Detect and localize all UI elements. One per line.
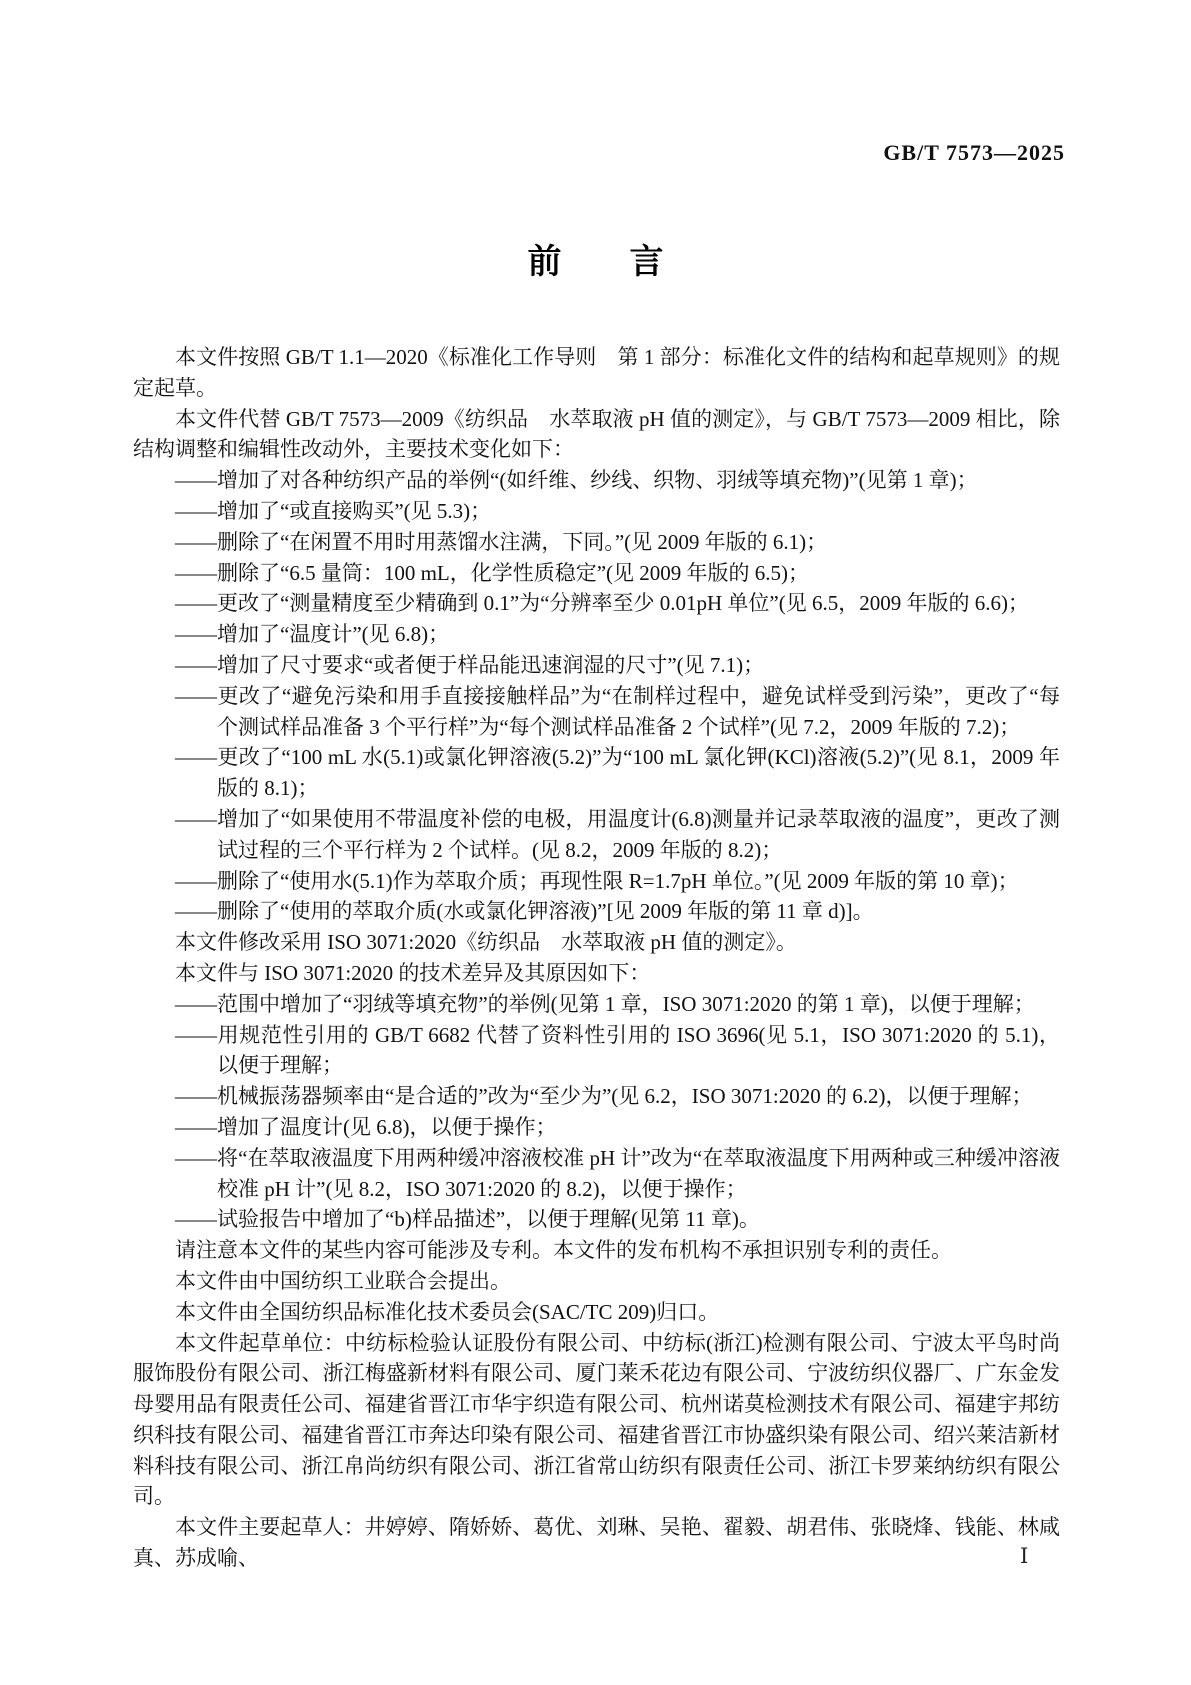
foreword-paragraph: 本文件主要起草人：井婷婷、隋娇娇、葛优、刘琳、吴艳、翟毅、胡君伟、张晓烽、钱能、… [133, 1512, 1060, 1574]
foreword-difference-item: ——机械振荡器频率由“是合适的”改为“至少为”(见 6.2，ISO 3071:2… [133, 1081, 1060, 1112]
foreword-change-item: ——增加了“如果使用不带温度补偿的电极，用温度计(6.8)测量并记录萃取液的温度… [133, 804, 1060, 866]
foreword-change-item: ——删除了“6.5 量筒：100 mL，化学性质稳定”(见 2009 年版的 6… [133, 558, 1060, 589]
foreword-body: 本文件按照 GB/T 1.1—2020《标准化工作导则 第 1 部分：标准化文件… [133, 342, 1060, 1574]
foreword-change-item: ——更改了“避免污染和用手直接接触样品”为“在制样过程中，避免试样受到污染”，更… [133, 681, 1060, 743]
foreword-difference-item: ——试验报告中增加了“b)样品描述”，以便于理解(见第 11 章)。 [133, 1204, 1060, 1235]
foreword-change-item: ——更改了“100 mL 水(5.1)或氯化钾溶液(5.2)”为“100 mL … [133, 742, 1060, 804]
foreword-difference-item: ——用规范性引用的 GB/T 6682 代替了资料性引用的 ISO 3696(见… [133, 1020, 1060, 1082]
standard-number: GB/T 7573—2025 [883, 140, 1065, 166]
foreword-change-item: ——删除了“使用的萃取介质(水或氯化钾溶液)”[见 2009 年版的第 11 章… [133, 896, 1060, 927]
foreword-paragraph: 本文件与 ISO 3071:2020 的技术差异及其原因如下： [133, 958, 1060, 989]
page-title: 前 言 [0, 234, 1191, 283]
foreword-difference-item: ——增加了温度计(见 6.8)，以便于操作； [133, 1112, 1060, 1143]
page-number: Ⅰ [1020, 1544, 1028, 1569]
foreword-change-item: ——删除了“使用水(5.1)作为萃取介质；再现性限 R=1.7pH 单位。”(见… [133, 866, 1060, 897]
foreword-paragraph: 请注意本文件的某些内容可能涉及专利。本文件的发布机构不承担识别专利的责任。 [133, 1235, 1060, 1266]
foreword-paragraph: 本文件修改采用 ISO 3071:2020《纺织品 水萃取液 pH 值的测定》。 [133, 927, 1060, 958]
document-page: GB/T 7573—2025 前 言 本文件按照 GB/T 1.1—2020《标… [0, 0, 1191, 1685]
foreword-change-item: ——增加了对各种纺织产品的举例“(如纤维、纱线、织物、羽绒等填充物)”(见第 1… [133, 465, 1060, 496]
foreword-change-item: ——增加了“或直接购买”(见 5.3)； [133, 496, 1060, 527]
foreword-paragraph: 本文件由中国纺织工业联合会提出。 [133, 1266, 1060, 1297]
foreword-change-item: ——增加了“温度计”(见 6.8)； [133, 619, 1060, 650]
foreword-change-item: ——删除了“在闲置不用时用蒸馏水注满，下同。”(见 2009 年版的 6.1)； [133, 527, 1060, 558]
foreword-paragraph: 本文件按照 GB/T 1.1—2020《标准化工作导则 第 1 部分：标准化文件… [133, 342, 1060, 404]
foreword-difference-item: ——将“在萃取液温度下用两种缓冲溶液校准 pH 计”改为“在萃取液温度下用两种或… [133, 1143, 1060, 1205]
foreword-change-item: ——增加了尺寸要求“或者便于样品能迅速润湿的尺寸”(见 7.1)； [133, 650, 1060, 681]
foreword-change-item: ——更改了“测量精度至少精确到 0.1”为“分辨率至少 0.01pH 单位”(见… [133, 588, 1060, 619]
foreword-paragraph: 本文件代替 GB/T 7573—2009《纺织品 水萃取液 pH 值的测定》，与… [133, 404, 1060, 466]
foreword-paragraph: 本文件起草单位：中纺标检验认证股份有限公司、中纺标(浙江)检测有限公司、宁波太平… [133, 1328, 1060, 1513]
foreword-paragraph: 本文件由全国纺织品标准化技术委员会(SAC/TC 209)归口。 [133, 1297, 1060, 1328]
foreword-difference-item: ——范围中增加了“羽绒等填充物”的举例(见第 1 章，ISO 3071:2020… [133, 989, 1060, 1020]
